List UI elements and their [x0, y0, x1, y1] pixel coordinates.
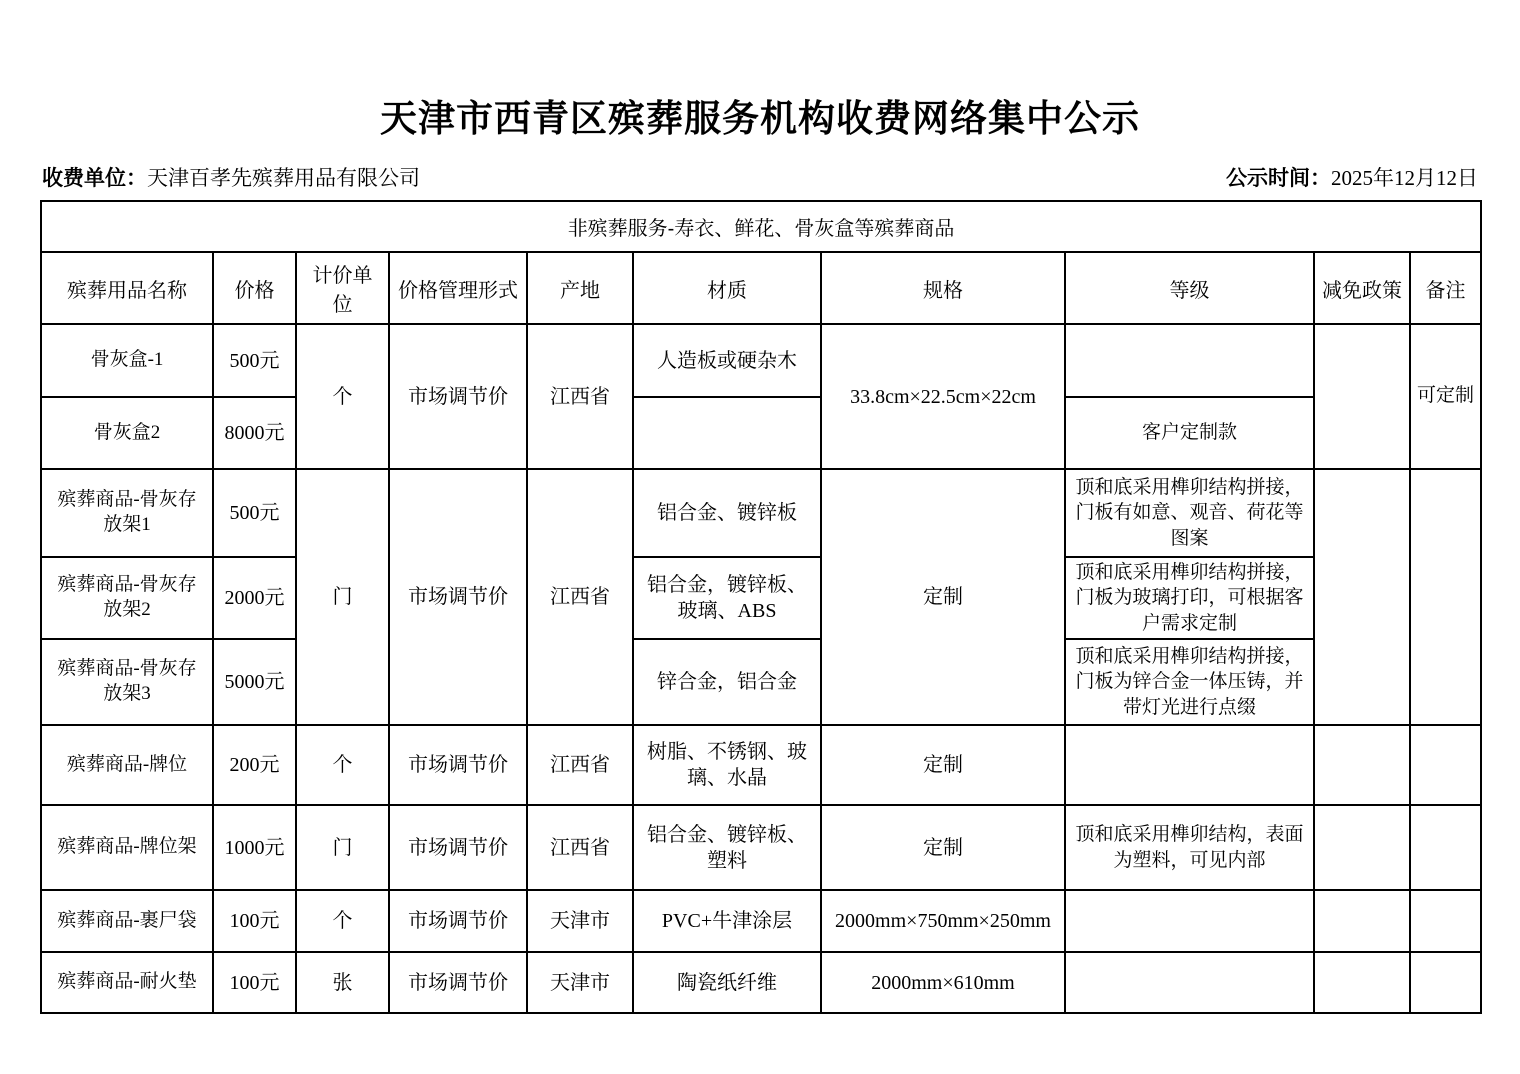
cell-unit: 个: [296, 890, 389, 952]
cell-name: 殡葬商品-骨灰存放架1: [41, 469, 213, 557]
cell-price: 200元: [213, 725, 296, 805]
cell-mgmt: 市场调节价: [389, 725, 527, 805]
cell-policy: [1314, 469, 1410, 725]
table-section-header: 非殡葬服务-寿衣、鲜花、骨灰盒等殡葬商品: [41, 201, 1481, 252]
cell-material: PVC+牛津涂层: [633, 890, 821, 952]
charge-unit: 收费单位：天津百孝先殡葬用品有限公司: [42, 162, 420, 192]
cell-origin: 天津市: [527, 890, 633, 952]
charge-unit-value: 天津百孝先殡葬用品有限公司: [147, 166, 420, 190]
cell-policy: [1314, 952, 1410, 1013]
col-header-grade: 等级: [1065, 252, 1314, 324]
cell-note: [1410, 952, 1481, 1013]
col-header-price: 价格: [213, 252, 296, 324]
publish-time-value: 2025年12月12日: [1331, 166, 1478, 190]
cell-note: [1410, 890, 1481, 952]
cell-mgmt: 市场调节价: [389, 952, 527, 1013]
cell-material: 铝合金、镀锌板、塑料: [633, 805, 821, 890]
col-header-mgmt: 价格管理形式: [389, 252, 527, 324]
publish-time: 公示时间：2025年12月12日: [1226, 162, 1478, 192]
cell-policy: [1314, 890, 1410, 952]
price-table: 非殡葬服务-寿衣、鲜花、骨灰盒等殡葬商品 殡葬用品名称 价格 计价单位 价格管理…: [40, 200, 1482, 1014]
info-row: 收费单位：天津百孝先殡葬用品有限公司 公示时间：2025年12月12日: [42, 162, 1478, 192]
table-row: 殡葬商品-骨灰存放架2 2000元 铝合金，镀锌板、玻璃、ABS 顶和底采用榫卯…: [41, 557, 1481, 639]
cell-grade: [1065, 725, 1314, 805]
charge-unit-label: 收费单位：: [42, 167, 147, 190]
publish-time-label: 公示时间：: [1226, 167, 1331, 190]
cell-material: [633, 397, 821, 469]
cell-grade: 顶和底采用榫卯结构拼接，门板为玻璃打印，可根据客户需求定制: [1065, 557, 1314, 639]
cell-grade: 顶和底采用榫卯结构拼接，门板有如意、观音、荷花等图案: [1065, 469, 1314, 557]
cell-origin: 江西省: [527, 324, 633, 469]
cell-unit: 个: [296, 324, 389, 469]
cell-grade: 顶和底采用榫卯结构，表面为塑料，可见内部: [1065, 805, 1314, 890]
cell-price: 100元: [213, 890, 296, 952]
cell-material: 陶瓷纸纤维: [633, 952, 821, 1013]
cell-policy: [1314, 324, 1410, 469]
cell-price: 2000元: [213, 557, 296, 639]
cell-spec: 2000mm×610mm: [821, 952, 1065, 1013]
cell-unit: 个: [296, 725, 389, 805]
cell-grade: 顶和底采用榫卯结构拼接，门板为锌合金一体压铸，并带灯光进行点缀: [1065, 639, 1314, 725]
cell-price: 5000元: [213, 639, 296, 725]
cell-unit: 张: [296, 952, 389, 1013]
cell-name: 殡葬商品-骨灰存放架2: [41, 557, 213, 639]
cell-origin: 江西省: [527, 469, 633, 725]
cell-name: 殡葬商品-裹尸袋: [41, 890, 213, 952]
cell-price: 500元: [213, 324, 296, 397]
table-row: 殡葬商品-裹尸袋 100元 个 市场调节价 天津市 PVC+牛津涂层 2000m…: [41, 890, 1481, 952]
page-title: 天津市西青区殡葬服务机构收费网络集中公示: [0, 88, 1520, 142]
cell-price: 8000元: [213, 397, 296, 469]
cell-name: 殡葬商品-牌位: [41, 725, 213, 805]
cell-mgmt: 市场调节价: [389, 890, 527, 952]
cell-spec: 定制: [821, 725, 1065, 805]
cell-origin: 天津市: [527, 952, 633, 1013]
cell-price: 500元: [213, 469, 296, 557]
cell-price: 100元: [213, 952, 296, 1013]
col-header-unit: 计价单位: [296, 252, 389, 324]
cell-unit: 门: [296, 469, 389, 725]
table-row: 殡葬商品-耐火垫 100元 张 市场调节价 天津市 陶瓷纸纤维 2000mm×6…: [41, 952, 1481, 1013]
cell-name: 殡葬商品-牌位架: [41, 805, 213, 890]
cell-material: 锌合金，铝合金: [633, 639, 821, 725]
cell-material: 铝合金，镀锌板、玻璃、ABS: [633, 557, 821, 639]
cell-note: [1410, 805, 1481, 890]
cell-mgmt: 市场调节价: [389, 805, 527, 890]
table-row: 骨灰盒-1 500元 个 市场调节价 江西省 人造板或硬杂木 33.8cm×22…: [41, 324, 1481, 397]
table-row: 殡葬商品-牌位架 1000元 门 市场调节价 江西省 铝合金、镀锌板、塑料 定制…: [41, 805, 1481, 890]
cell-name: 殡葬商品-耐火垫: [41, 952, 213, 1013]
cell-grade: [1065, 324, 1314, 397]
col-header-origin: 产地: [527, 252, 633, 324]
cell-material: 铝合金、镀锌板: [633, 469, 821, 557]
cell-mgmt: 市场调节价: [389, 324, 527, 469]
cell-note: 可定制: [1410, 324, 1481, 469]
cell-note: [1410, 469, 1481, 725]
cell-price: 1000元: [213, 805, 296, 890]
cell-policy: [1314, 805, 1410, 890]
col-header-material: 材质: [633, 252, 821, 324]
cell-name: 殡葬商品-骨灰存放架3: [41, 639, 213, 725]
cell-unit: 门: [296, 805, 389, 890]
cell-material: 人造板或硬杂木: [633, 324, 821, 397]
cell-origin: 江西省: [527, 725, 633, 805]
col-header-policy: 减免政策: [1314, 252, 1410, 324]
cell-spec: 2000mm×750mm×250mm: [821, 890, 1065, 952]
cell-material: 树脂、不锈钢、玻璃、水晶: [633, 725, 821, 805]
cell-note: [1410, 725, 1481, 805]
cell-spec: 定制: [821, 469, 1065, 725]
table-row: 殡葬商品-牌位 200元 个 市场调节价 江西省 树脂、不锈钢、玻璃、水晶 定制: [41, 725, 1481, 805]
cell-grade: 客户定制款: [1065, 397, 1314, 469]
cell-mgmt: 市场调节价: [389, 469, 527, 725]
cell-policy: [1314, 725, 1410, 805]
cell-grade: [1065, 952, 1314, 1013]
table-row: 骨灰盒2 8000元 客户定制款: [41, 397, 1481, 469]
col-header-spec: 规格: [821, 252, 1065, 324]
col-header-note: 备注: [1410, 252, 1481, 324]
table-row: 殡葬商品-骨灰存放架1 500元 门 市场调节价 江西省 铝合金、镀锌板 定制 …: [41, 469, 1481, 557]
cell-spec: 定制: [821, 805, 1065, 890]
col-header-name: 殡葬用品名称: [41, 252, 213, 324]
table-row: 殡葬商品-骨灰存放架3 5000元 锌合金，铝合金 顶和底采用榫卯结构拼接，门板…: [41, 639, 1481, 725]
cell-name: 骨灰盒2: [41, 397, 213, 469]
cell-grade: [1065, 890, 1314, 952]
cell-name: 骨灰盒-1: [41, 324, 213, 397]
cell-origin: 江西省: [527, 805, 633, 890]
cell-spec: 33.8cm×22.5cm×22cm: [821, 324, 1065, 469]
